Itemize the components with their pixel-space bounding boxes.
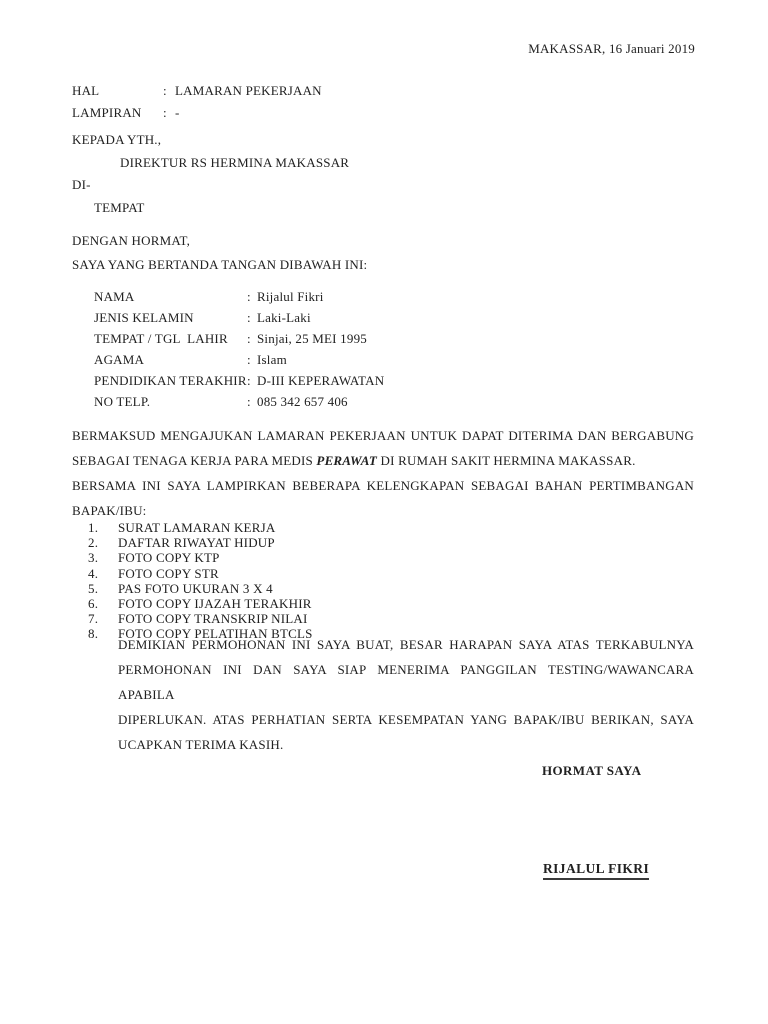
attachment-text: FOTO COPY STR bbox=[118, 566, 219, 581]
attachment-item: 4. FOTO COPY STR bbox=[88, 566, 313, 581]
attachment-text: SURAT LAMARAN KERJA bbox=[118, 520, 275, 535]
details-row-jenis-kelamin: JENIS KELAMIN : Laki-Laki bbox=[94, 307, 384, 328]
paragraph-line: PERMOHONAN INI DAN SAYA SIAP MENERIMA PA… bbox=[118, 657, 694, 707]
details-label: NAMA bbox=[94, 286, 247, 307]
subject-label: LAMPIRAN bbox=[72, 102, 163, 124]
recipient-line-di: DI- bbox=[72, 174, 349, 197]
subject-value: LAMARAN PEKERJAAN bbox=[175, 80, 322, 102]
attachment-text: FOTO COPY IJAZAH TERAKHIR bbox=[118, 596, 312, 611]
subject-row-lampiran: LAMPIRAN : - bbox=[72, 102, 322, 124]
document-page: MAKASSAR, 16 Januari 2019 HAL : LAMARAN … bbox=[0, 0, 768, 1024]
attachment-item: 3. FOTO COPY KTP bbox=[88, 550, 313, 565]
details-colon: : bbox=[247, 328, 257, 349]
emphasis-perawat: PERAWAT bbox=[316, 453, 377, 468]
details-colon: : bbox=[247, 370, 257, 391]
paragraph-line: DEMIKIAN PERMOHONAN INI SAYA BUAT, BESAR… bbox=[118, 632, 694, 657]
attachment-number: 6. bbox=[88, 596, 118, 611]
paragraph-text: DI RUMAH SAKIT HERMINA MAKASSAR. bbox=[377, 453, 635, 468]
details-colon: : bbox=[247, 349, 257, 370]
details-row-nama: NAMA : Rijalul Fikri bbox=[94, 286, 384, 307]
details-value: 085 342 657 406 bbox=[257, 391, 348, 412]
details-row-pendidikan: PENDIDIKAN TERAKHIR : D-III KEPERAWATAN bbox=[94, 370, 384, 391]
signature-name: RIJALUL FIKRI bbox=[543, 861, 649, 880]
attachment-text: FOTO COPY TRANSKRIP NILAI bbox=[118, 611, 308, 626]
body-paragraph-2: DEMIKIAN PERMOHONAN INI SAYA BUAT, BESAR… bbox=[118, 632, 694, 757]
attachment-text: DAFTAR RIWAYAT HIDUP bbox=[118, 535, 275, 550]
paragraph-line: BERSAMA INI SAYA LAMPIRKAN BEBERAPA KELE… bbox=[72, 473, 694, 498]
details-label: TEMPAT / TGL LAHIR bbox=[94, 328, 247, 349]
recipient-block: KEPADA YTH., DIREKTUR RS HERMINA MAKASSA… bbox=[72, 129, 349, 219]
details-value: D-III KEPERAWATAN bbox=[257, 370, 384, 391]
details-label: PENDIDIKAN TERAKHIR bbox=[94, 370, 247, 391]
attachment-number: 4. bbox=[88, 566, 118, 581]
attachments-list: 1. SURAT LAMARAN KERJA 2. DAFTAR RIWAYAT… bbox=[88, 520, 313, 642]
paragraph-text: SEBAGAI TENAGA KERJA PARA MEDIS bbox=[72, 453, 316, 468]
details-colon: : bbox=[247, 391, 257, 412]
details-colon: : bbox=[247, 286, 257, 307]
attachment-number: 3. bbox=[88, 550, 118, 565]
details-value: Sinjai, 25 MEI 1995 bbox=[257, 328, 367, 349]
recipient-line-kepada: KEPADA YTH., bbox=[72, 129, 349, 152]
details-row-no-telp: NO TELP. : 085 342 657 406 bbox=[94, 391, 384, 412]
date-line: MAKASSAR, 16 Januari 2019 bbox=[0, 41, 695, 57]
opening-line-hormat: DENGAN HORMAT, bbox=[72, 229, 367, 253]
attachment-item: 2. DAFTAR RIWAYAT HIDUP bbox=[88, 535, 313, 550]
details-label: NO TELP. bbox=[94, 391, 247, 412]
subject-colon: : bbox=[163, 80, 175, 102]
subject-colon: : bbox=[163, 102, 175, 124]
attachment-number: 2. bbox=[88, 535, 118, 550]
subject-value: - bbox=[175, 102, 180, 124]
attachment-number: 7. bbox=[88, 611, 118, 626]
attachment-number: 8. bbox=[88, 626, 118, 641]
closing-salutation: HORMAT SAYA bbox=[542, 763, 641, 779]
details-label: JENIS KELAMIN bbox=[94, 307, 247, 328]
opening-line-bertanda: SAYA YANG BERTANDA TANGAN DIBAWAH INI: bbox=[72, 253, 367, 277]
personal-details-table: NAMA : Rijalul Fikri JENIS KELAMIN : Lak… bbox=[94, 286, 384, 412]
details-row-tempat-tgl-lahir: TEMPAT / TGL LAHIR : Sinjai, 25 MEI 1995 bbox=[94, 328, 384, 349]
paragraph-line: UCAPKAN TERIMA KASIH. bbox=[118, 732, 694, 757]
body-paragraph-1: BERMAKSUD MENGAJUKAN LAMARAN PEKERJAAN U… bbox=[72, 423, 694, 523]
details-colon: : bbox=[247, 307, 257, 328]
recipient-line-direktur: DIREKTUR RS HERMINA MAKASSAR bbox=[72, 152, 349, 175]
attachment-text: PAS FOTO UKURAN 3 X 4 bbox=[118, 581, 273, 596]
details-value: Laki-Laki bbox=[257, 307, 311, 328]
subject-block: HAL : LAMARAN PEKERJAAN LAMPIRAN : - bbox=[72, 80, 322, 124]
subject-row-hal: HAL : LAMARAN PEKERJAAN bbox=[72, 80, 322, 102]
details-row-agama: AGAMA : Islam bbox=[94, 349, 384, 370]
subject-label: HAL bbox=[72, 80, 163, 102]
details-value: Rijalul Fikri bbox=[257, 286, 324, 307]
attachment-number: 1. bbox=[88, 520, 118, 535]
attachment-text: FOTO COPY KTP bbox=[118, 550, 220, 565]
paragraph-line: DIPERLUKAN. ATAS PERHATIAN SERTA KESEMPA… bbox=[118, 707, 694, 732]
attachment-item: 5. PAS FOTO UKURAN 3 X 4 bbox=[88, 581, 313, 596]
attachment-item: 1. SURAT LAMARAN KERJA bbox=[88, 520, 313, 535]
attachment-item: 7. FOTO COPY TRANSKRIP NILAI bbox=[88, 611, 313, 626]
attachment-number: 5. bbox=[88, 581, 118, 596]
details-value: Islam bbox=[257, 349, 287, 370]
paragraph-line: BERMAKSUD MENGAJUKAN LAMARAN PEKERJAAN U… bbox=[72, 423, 694, 448]
opening-block: DENGAN HORMAT, SAYA YANG BERTANDA TANGAN… bbox=[72, 229, 367, 277]
recipient-line-tempat: TEMPAT bbox=[72, 197, 349, 220]
details-label: AGAMA bbox=[94, 349, 247, 370]
paragraph-line: SEBAGAI TENAGA KERJA PARA MEDIS PERAWAT … bbox=[72, 448, 694, 473]
attachment-item: 6. FOTO COPY IJAZAH TERAKHIR bbox=[88, 596, 313, 611]
